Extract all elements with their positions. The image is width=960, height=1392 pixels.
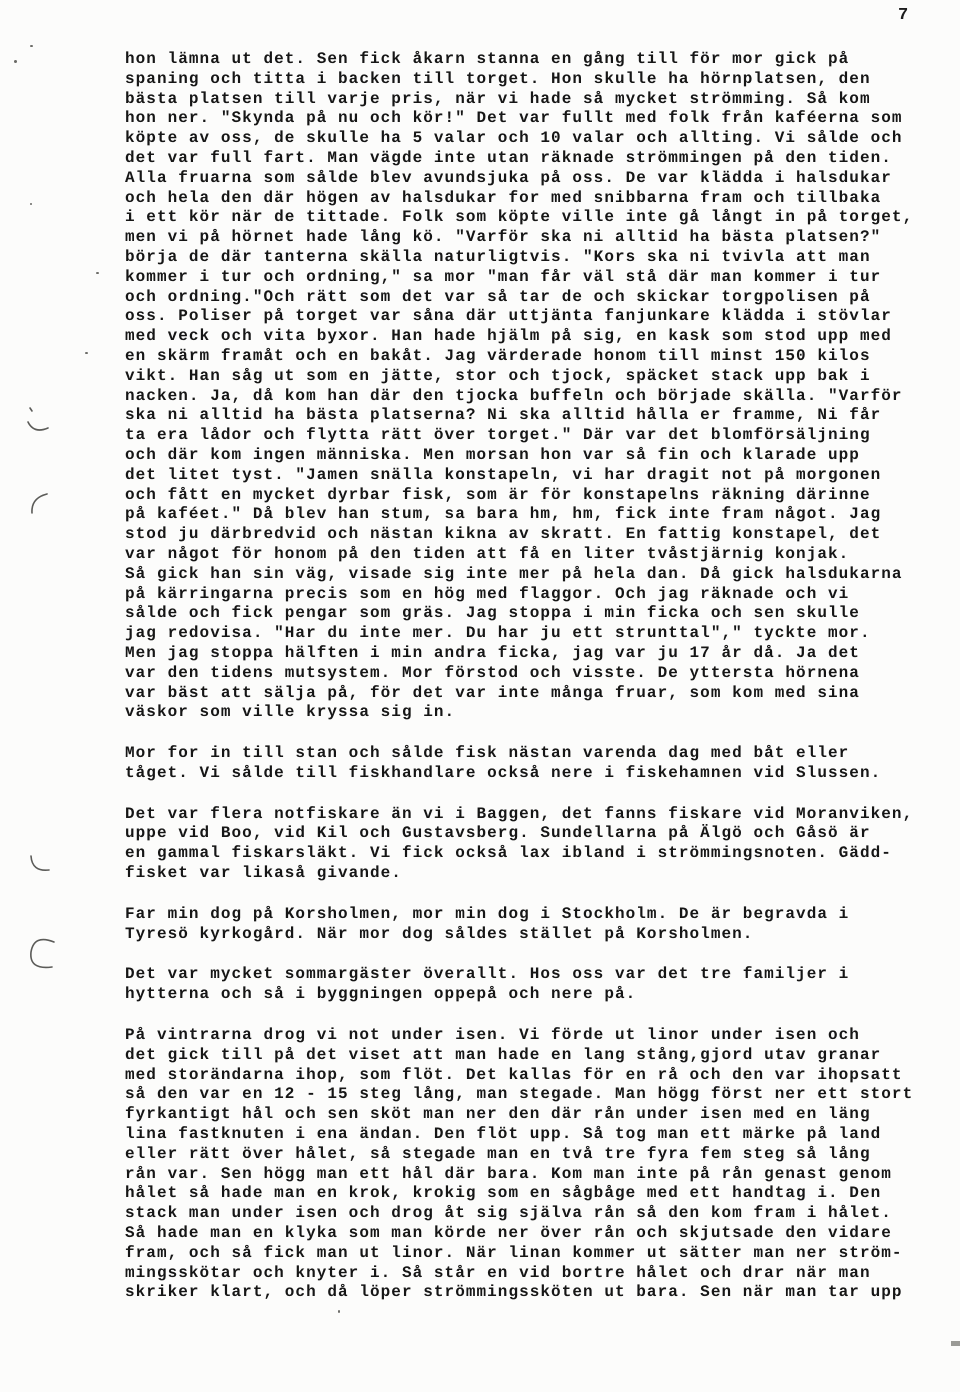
scan-speck — [96, 272, 99, 274]
document-text-block: hon lämna ut det. Sen fick åkarn stanna … — [125, 50, 937, 1303]
paragraph-summer-guests: Det var mycket sommargäster överallt. Ho… — [125, 965, 937, 1005]
handwritten-margin-mark — [27, 492, 51, 516]
paragraph-parents: Far min dog på Korsholmen, mor min dog i… — [125, 905, 937, 945]
handwritten-margin-mark — [26, 406, 52, 436]
paragraph-selling-in-town: Mor for in till stan och sålde fisk näst… — [125, 744, 937, 784]
scanned-document-page: 7 hon lämna ut det. Sen fick åkarn stann… — [0, 0, 960, 1392]
scan-speck — [30, 203, 32, 205]
paragraph-other-fishermen: Det var flera notfiskare än vi i Baggen,… — [125, 805, 937, 884]
handwritten-margin-mark — [28, 853, 52, 877]
paragraph-market-story: hon lämna ut det. Sen fick åkarn stanna … — [125, 50, 937, 723]
page-number: 7 — [898, 6, 909, 25]
scan-edge-smudge — [951, 1341, 960, 1346]
scan-speck — [30, 45, 33, 47]
scan-speck — [338, 1310, 340, 1313]
paragraph-winter-fishing: På vintrarna drog vi not under isen. Vi … — [125, 1026, 937, 1303]
scan-speck — [14, 60, 17, 63]
handwritten-margin-mark-c — [26, 936, 58, 974]
scan-speck — [85, 352, 88, 354]
